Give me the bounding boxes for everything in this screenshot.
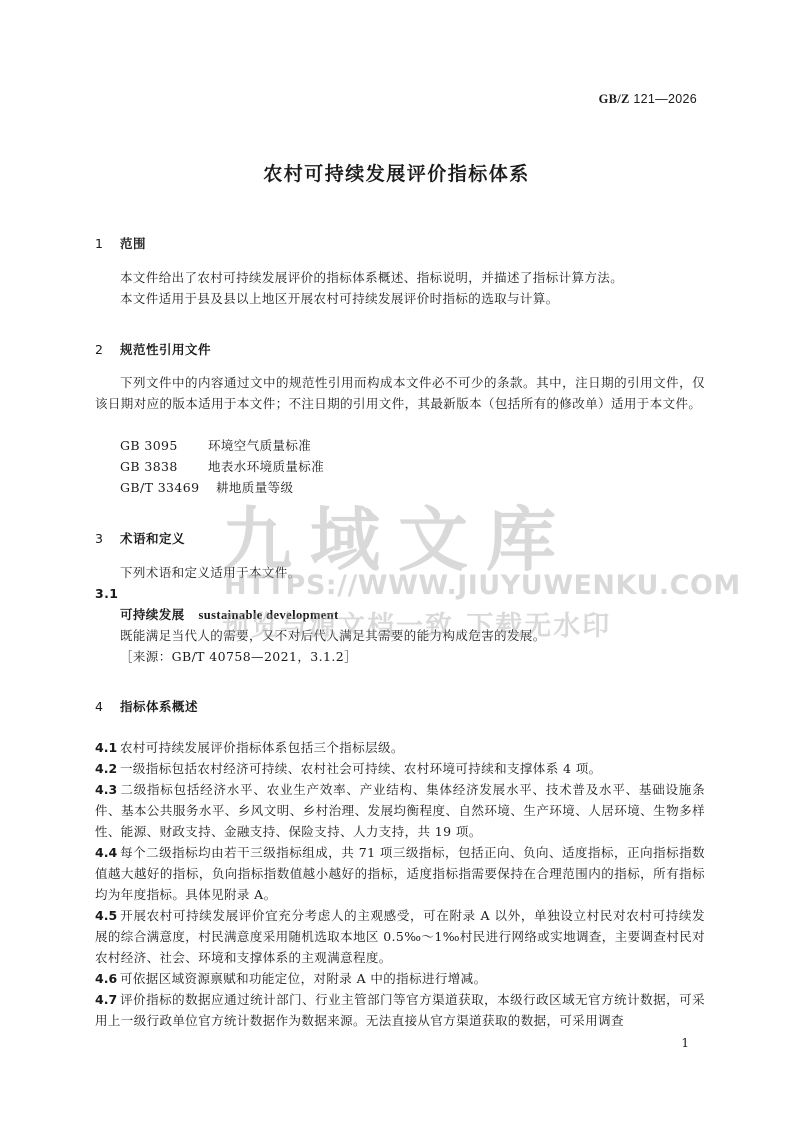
term-english: sustainable development <box>199 608 339 622</box>
section-title: 术语和定义 <box>120 531 185 546</box>
standard-code: GB/Z 121—2026 <box>599 92 697 107</box>
term-source: ［来源：GB/T 40758—2021，3.1.2］ <box>120 647 705 668</box>
paragraph: 下列文件中的内容通过文中的规范性引用而构成本文件必不可少的条款。其中，注日期的引… <box>95 373 705 415</box>
section-number: 2 <box>95 342 120 357</box>
section-number: 3 <box>95 531 120 546</box>
clause: 4.3二级指标包括经济水平、农业生产效率、产业结构、集体经济发展水平、技术普及水… <box>95 780 705 842</box>
section-title: 规范性引用文件 <box>120 342 211 357</box>
section-title: 范围 <box>120 236 146 251</box>
section-heading-normative-references: 2规范性引用文件 <box>95 340 211 358</box>
term-chinese: 可持续发展 <box>120 607 185 622</box>
clause-text: 二级指标包括经济水平、农业生产效率、产业结构、集体经济发展水平、技术普及水平、基… <box>95 782 705 839</box>
paragraph: 本文件给出了农村可持续发展评价的指标体系概述、指标说明，并描述了指标计算方法。 <box>95 268 705 289</box>
section-number: 1 <box>95 236 120 251</box>
term-number: 3.1 <box>95 584 705 605</box>
reference-name: 地表水环境质量标准 <box>208 459 324 474</box>
clause: 4.4每个二级指标均由若干三级指标组成，共 71 项三级指标，包括正向、负向、适… <box>95 843 705 905</box>
reference-item: GB 3095环境空气质量标准 <box>120 436 705 457</box>
clause-text: 每个二级指标均由若干三级指标组成，共 71 项三级指标，包括正向、负向、适度指标… <box>95 845 705 902</box>
paragraph: 下列术语和定义适用于本文件。 <box>95 563 705 584</box>
clause: 4.5开展农村可持续发展评价宜充分考虑人的主观感受，可在附录 A 以外，单独设立… <box>95 906 705 968</box>
section-heading-terms: 3术语和定义 <box>95 529 185 547</box>
term-entry: 可持续发展sustainable development <box>120 605 705 626</box>
clause-number: 4.1 <box>95 738 120 759</box>
document-title: 农村可持续发展评价指标体系 <box>0 159 793 186</box>
clause-number: 4.2 <box>95 759 120 780</box>
document-page: GB/Z 121—2026 农村可持续发展评价指标体系 1范围 本文件给出了农村… <box>0 0 793 1122</box>
clause: 4.2一级指标包括农村经济可持续、农村社会可持续、农村环境可持续和支撑体系 4 … <box>95 759 705 780</box>
standard-prefix: GB/Z <box>599 92 630 106</box>
reference-name: 环境空气质量标准 <box>208 438 311 453</box>
clause-number: 4.3 <box>95 780 120 801</box>
clause-number: 4.5 <box>95 906 120 927</box>
clause-text: 评价指标的数据应通过统计部门、行业主管部门等官方渠道获取，本级行政区域无官方统计… <box>95 992 705 1028</box>
paragraph: 本文件适用于县及县以上地区开展农村可持续发展评价时指标的选取与计算。 <box>95 289 705 310</box>
reference-code: GB/T 33469 <box>120 478 216 499</box>
clause-text: 一级指标包括农村经济可持续、农村社会可持续、农村环境可持续和支撑体系 4 项。 <box>120 761 602 776</box>
clause-number: 4.6 <box>95 969 120 990</box>
clause: 4.6可依据区域资源禀赋和功能定位，对附录 A 中的指标进行增减。 <box>95 969 705 990</box>
reference-item: GB/T 33469耕地质量等级 <box>120 478 705 499</box>
clause: 4.1农村可持续发展评价指标体系包括三个指标层级。 <box>95 738 705 759</box>
term-definition: 既能满足当代人的需要，又不对后代人满足其需要的能力构成危害的发展。 <box>120 626 705 647</box>
clause: 4.7评价指标的数据应通过统计部门、行业主管部门等官方渠道获取，本级行政区域无官… <box>95 990 705 1032</box>
clause-text: 农村可持续发展评价指标体系包括三个指标层级。 <box>120 740 404 755</box>
reference-item: GB 3838地表水环境质量标准 <box>120 457 705 478</box>
section-heading-overview: 4指标体系概述 <box>95 697 198 715</box>
clause-text: 开展农村可持续发展评价宜充分考虑人的主观感受，可在附录 A 以外，单独设立村民对… <box>95 908 705 965</box>
clause-number: 4.4 <box>95 843 120 864</box>
section-title: 指标体系概述 <box>120 699 198 714</box>
section-heading-scope: 1范围 <box>95 234 146 252</box>
reference-code: GB 3838 <box>120 457 208 478</box>
clause-number: 4.7 <box>95 990 120 1011</box>
clause-text: 可依据区域资源禀赋和功能定位，对附录 A 中的指标进行增减。 <box>120 971 486 986</box>
section-number: 4 <box>95 699 120 714</box>
reference-name: 耕地质量等级 <box>216 480 293 495</box>
reference-code: GB 3095 <box>120 436 208 457</box>
page-number: 1 <box>681 1036 689 1050</box>
standard-number: 121—2026 <box>633 92 697 106</box>
